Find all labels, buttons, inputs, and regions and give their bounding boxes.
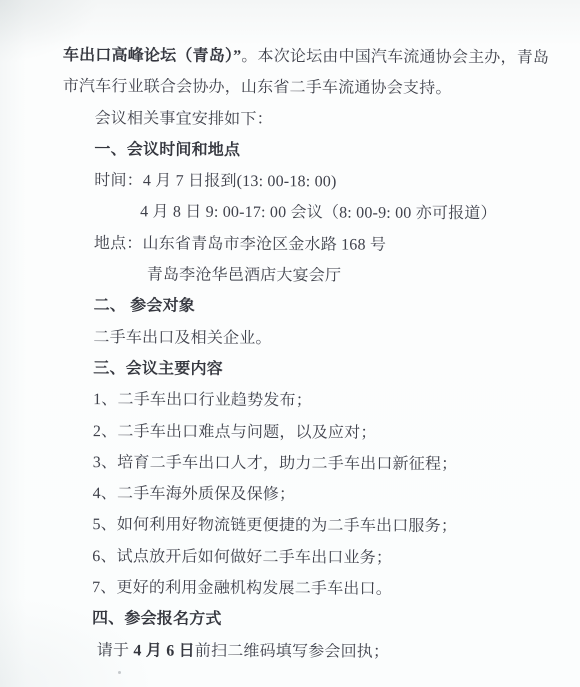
section-4-heading: 四、参会报名方式 (0, 603, 577, 637)
time-line-2: 4 月 8 日 9: 00-17: 00 会议（8: 00-9: 00 亦可报道… (0, 196, 579, 230)
agenda-item-3-seg-0: 3、培育二手车出口人才，助力二手车出口新征程； (93, 454, 458, 473)
location-line-2-seg-0: 青岛李沧华邑酒店大宴会厅 (147, 267, 341, 285)
agenda-item-7-seg-0: 7、更好的利用金融机构发展二手车出口。 (92, 579, 392, 598)
agenda-item-2: 2、二手车出口难点与问题，以及应对； (0, 415, 578, 449)
attendees-line-seg-0: 二手车出口及相关企业。 (93, 329, 271, 347)
time-line-1: 时间：4 月 7 日报到(13: 00-18: 00) (0, 165, 579, 199)
agenda-item-1: 1、二手车出口行业趋势发布； (0, 384, 578, 418)
agenda-item-3: 3、培育二手车出口人才，助力二手车出口新征程； (0, 447, 578, 481)
agenda-item-6-seg-0: 6、试点放开后如何做好二手车出口业务； (92, 548, 392, 567)
registration-line-seg-0: 请于 (97, 642, 134, 659)
time-line-1-seg-0: 时间：4 月 7 日报到(13: 00-18: 00) (94, 172, 336, 190)
registration-line-seg-1: 4 月 6 日 (133, 642, 194, 659)
agenda-item-4-seg-0: 4、二手车海外质保及保修； (93, 485, 296, 503)
agenda-item-5: 5、如何利用好物流链更便捷的为二手车出口服务； (0, 509, 578, 543)
agenda-item-4: 4、二手车海外质保及保修； (0, 478, 578, 512)
section-1-heading: 一、会议时间和地点 (0, 134, 580, 168)
section-4-heading-seg-0: 四、参会报名方式 (92, 611, 222, 629)
agenda-item-2-seg-0: 2、二手车出口难点与问题，以及应对； (93, 423, 377, 441)
intro-line: 会议相关事宜安排如下： (0, 102, 580, 136)
location-line-1: 地点：山东省青岛市李沧区金水路 168 号 (0, 227, 579, 261)
section-2-heading-seg-0: 二、 参会对象 (94, 298, 195, 316)
agenda-item-5-seg-0: 5、如何利用好物流链更便捷的为二手车出口服务； (92, 517, 457, 536)
para-continuation-line-2-seg-0: 市汽车行业联合会协办，山东省二手车流通协会支持。 (63, 78, 452, 97)
agenda-item-6: 6、试点放开后如何做好二手车出口业务； (0, 540, 577, 574)
section-3-heading: 三、会议主要内容 (0, 353, 578, 387)
agenda-item-7: 7、更好的利用金融机构发展二手车出口。 (0, 572, 577, 606)
registration-line-seg-2: 前扫二维码填写参会回执； (195, 642, 389, 660)
section-3-heading-seg-0: 三、会议主要内容 (93, 360, 223, 378)
intro-line-seg-0: 会议相关事宜安排如下： (95, 110, 273, 128)
agenda-item-1-seg-0: 1、二手车出口行业趋势发布； (93, 391, 312, 409)
para-continuation-line-2: 市汽车行业联合会协办，山东省二手车流通协会支持。 (0, 71, 580, 105)
scan-speck (118, 671, 121, 674)
para-continuation-line-1-seg-0: 车出口高峰论坛（青岛）” (63, 47, 241, 65)
document-body: 车出口高峰论坛（青岛）”。本次论坛由中国汽车流通协会主办，青岛市汽车行业联合会协… (0, 0, 580, 669)
document-page: 车出口高峰论坛（青岛）”。本次论坛由中国汽车流通协会主办，青岛市汽车行业联合会协… (0, 0, 580, 687)
section-1-heading-seg-0: 一、会议时间和地点 (94, 141, 240, 159)
para-continuation-line-1-seg-1: 。本次论坛由中国汽车流通协会主办，青岛 (241, 48, 549, 67)
attendees-line: 二手车出口及相关企业。 (0, 321, 579, 355)
section-2-heading: 二、 参会对象 (0, 290, 579, 324)
location-line-1-seg-0: 地点：山东省青岛市李沧区金水路 168 号 (94, 235, 386, 254)
location-line-2: 青岛李沧华邑酒店大宴会厅 (0, 259, 579, 293)
time-line-2-seg-0: 4 月 8 日 9: 00-17: 00 会议（8: 00-9: 00 亦可报道… (140, 204, 497, 223)
registration-line: 请于 4 月 6 日前扫二维码填写参会回执； (0, 634, 577, 668)
para-continuation-line-1: 车出口高峰论坛（青岛）”。本次论坛由中国汽车流通协会主办，青岛 (0, 40, 580, 74)
